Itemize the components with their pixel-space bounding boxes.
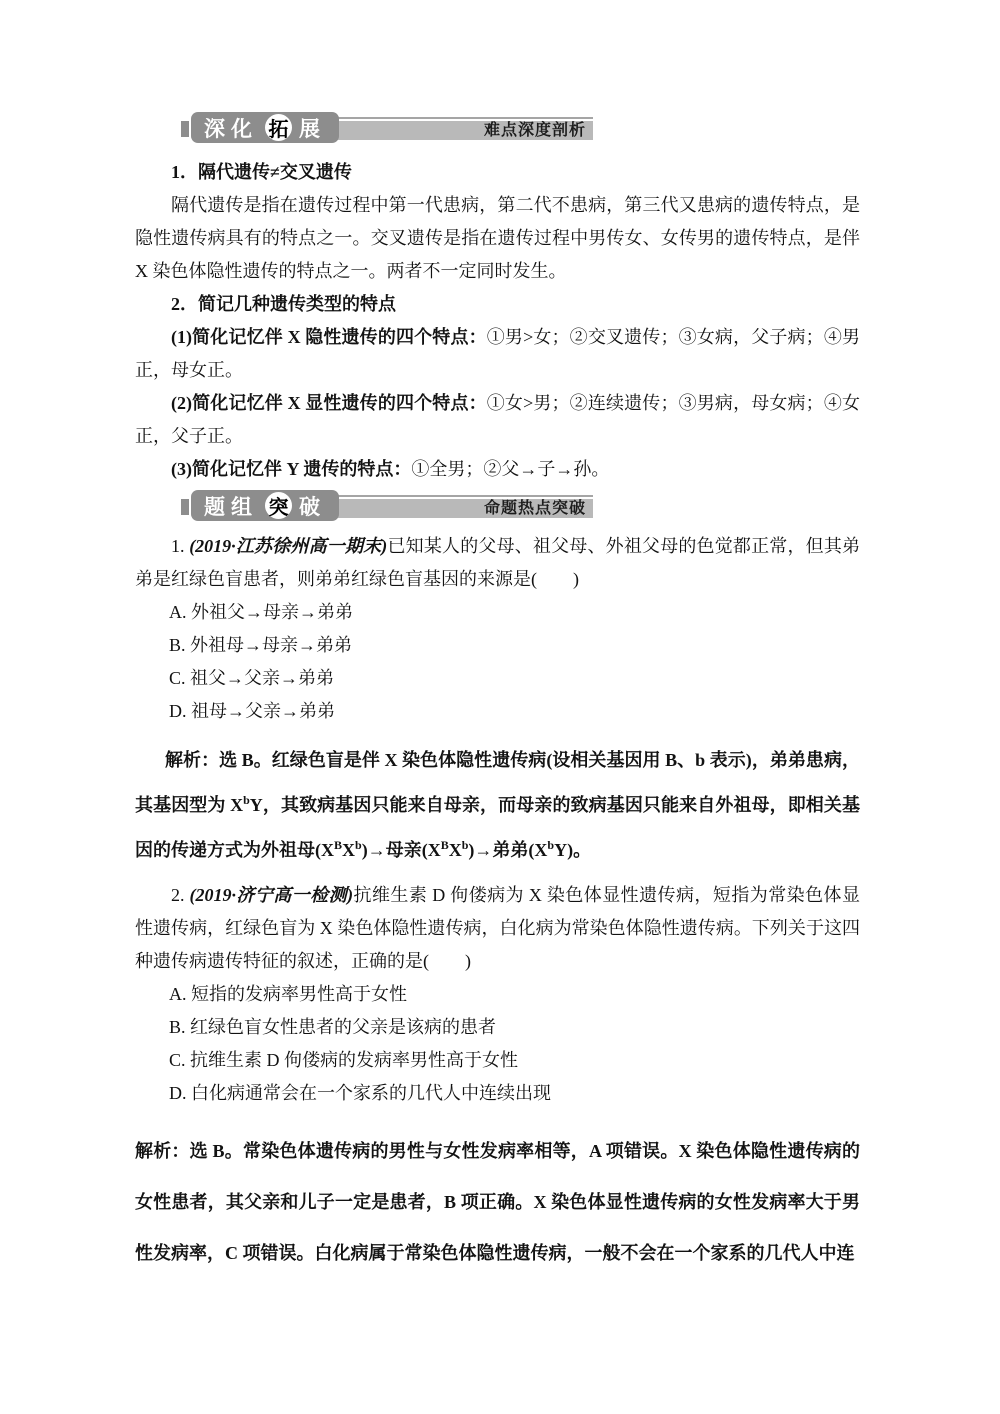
- item-x-recessive-lead: (1)简化记忆伴 X 隐性遗传的四个特点：: [171, 327, 487, 347]
- item-x-dominant-lead: (2)简化记忆伴 X 显性遗传的四个特点：: [171, 393, 487, 413]
- question-2-option-d: D. 白化病通常会在一个家系的几代人中连续出现: [135, 1077, 860, 1110]
- badge-text-right: 展: [299, 113, 326, 143]
- item-y-linked-lead: (3)简化记忆伴 Y 遗传的特点：: [171, 459, 411, 479]
- banner-question-group: 题组 突 破 命题热点突破: [191, 490, 860, 522]
- item-y-linked-rest: ①全男；②父→子→孙。: [411, 459, 609, 479]
- question-1-option-b: B. 外祖母→母亲→弟弟: [135, 629, 860, 662]
- question-2-option-b: B. 红绿色盲女性患者的父亲是该病的患者: [135, 1011, 860, 1044]
- banner-badge: 深化 拓 展: [191, 112, 339, 143]
- banner-bar-label: 难点深度剖析: [484, 121, 586, 140]
- badge-text-left: 深化: [204, 113, 258, 143]
- badge-text-right: 破: [299, 491, 326, 521]
- question-1-option-c: C. 祖父→父亲→弟弟: [135, 662, 860, 695]
- banner-bar-label: 命题热点突破: [484, 499, 586, 518]
- heading-summary-types: 2．简记几种遗传类型的特点: [135, 288, 860, 321]
- question-1-analysis: 解析：选 B。红绿色盲是伴 X 染色体隐性遗传病(设相关基因用 B、b 表示)，…: [135, 738, 860, 873]
- document-page: 深化 拓 展 难点深度剖析 1．隔代遗传≠交叉遗传 隔代遗传是指在遗传过程中第一…: [0, 0, 1000, 1279]
- banner-badge: 题组 突 破: [191, 490, 339, 521]
- badge-circled-char: 突: [265, 492, 292, 519]
- banner-left-tick: [181, 121, 189, 137]
- question-2-option-a: A. 短指的发病率男性高于女性: [135, 978, 860, 1011]
- item-y-linked: (3)简化记忆伴 Y 遗传的特点：①全男；②父→子→孙。: [135, 453, 860, 486]
- question-2-stem: 2. (2019·济宁高一检测)抗维生素 D 佝偻病为 X 染色体显性遗传病，短…: [135, 879, 860, 978]
- question-1-stem: 1. (2019·江苏徐州高一期末)已知某人的父母、祖父母、外祖父母的色觉都正常…: [135, 530, 860, 596]
- item-x-recessive: (1)简化记忆伴 X 隐性遗传的四个特点：①男>女；②交叉遗传；③女病，父子病；…: [135, 321, 860, 387]
- badge-text-left: 题组: [204, 491, 258, 521]
- question-2-option-c: C. 抗维生素 D 佝偻病的发病率男性高于女性: [135, 1044, 860, 1077]
- heading-inter-generation: 1．隔代遗传≠交叉遗传: [135, 156, 860, 189]
- question-2-analysis: 解析：选 B。常染色体遗传病的男性与女性发病率相等，A 项错误。X 染色体隐性遗…: [135, 1126, 860, 1279]
- banner-left-tick: [181, 499, 189, 515]
- banner-deepen-expand: 深化 拓 展 难点深度剖析: [191, 112, 860, 144]
- question-1-option-a: A. 外祖父→母亲→弟弟: [135, 596, 860, 629]
- para-inter-generation: 隔代遗传是指在遗传过程中第一代患病，第二代不患病，第三代又患病的遗传特点，是隐性…: [135, 189, 860, 288]
- question-1-option-d: D. 祖母→父亲→弟弟: [135, 695, 860, 728]
- badge-circled-char: 拓: [265, 114, 292, 141]
- item-x-dominant: (2)简化记忆伴 X 显性遗传的四个特点：①女>男；②连续遗传；③男病，母女病；…: [135, 387, 860, 453]
